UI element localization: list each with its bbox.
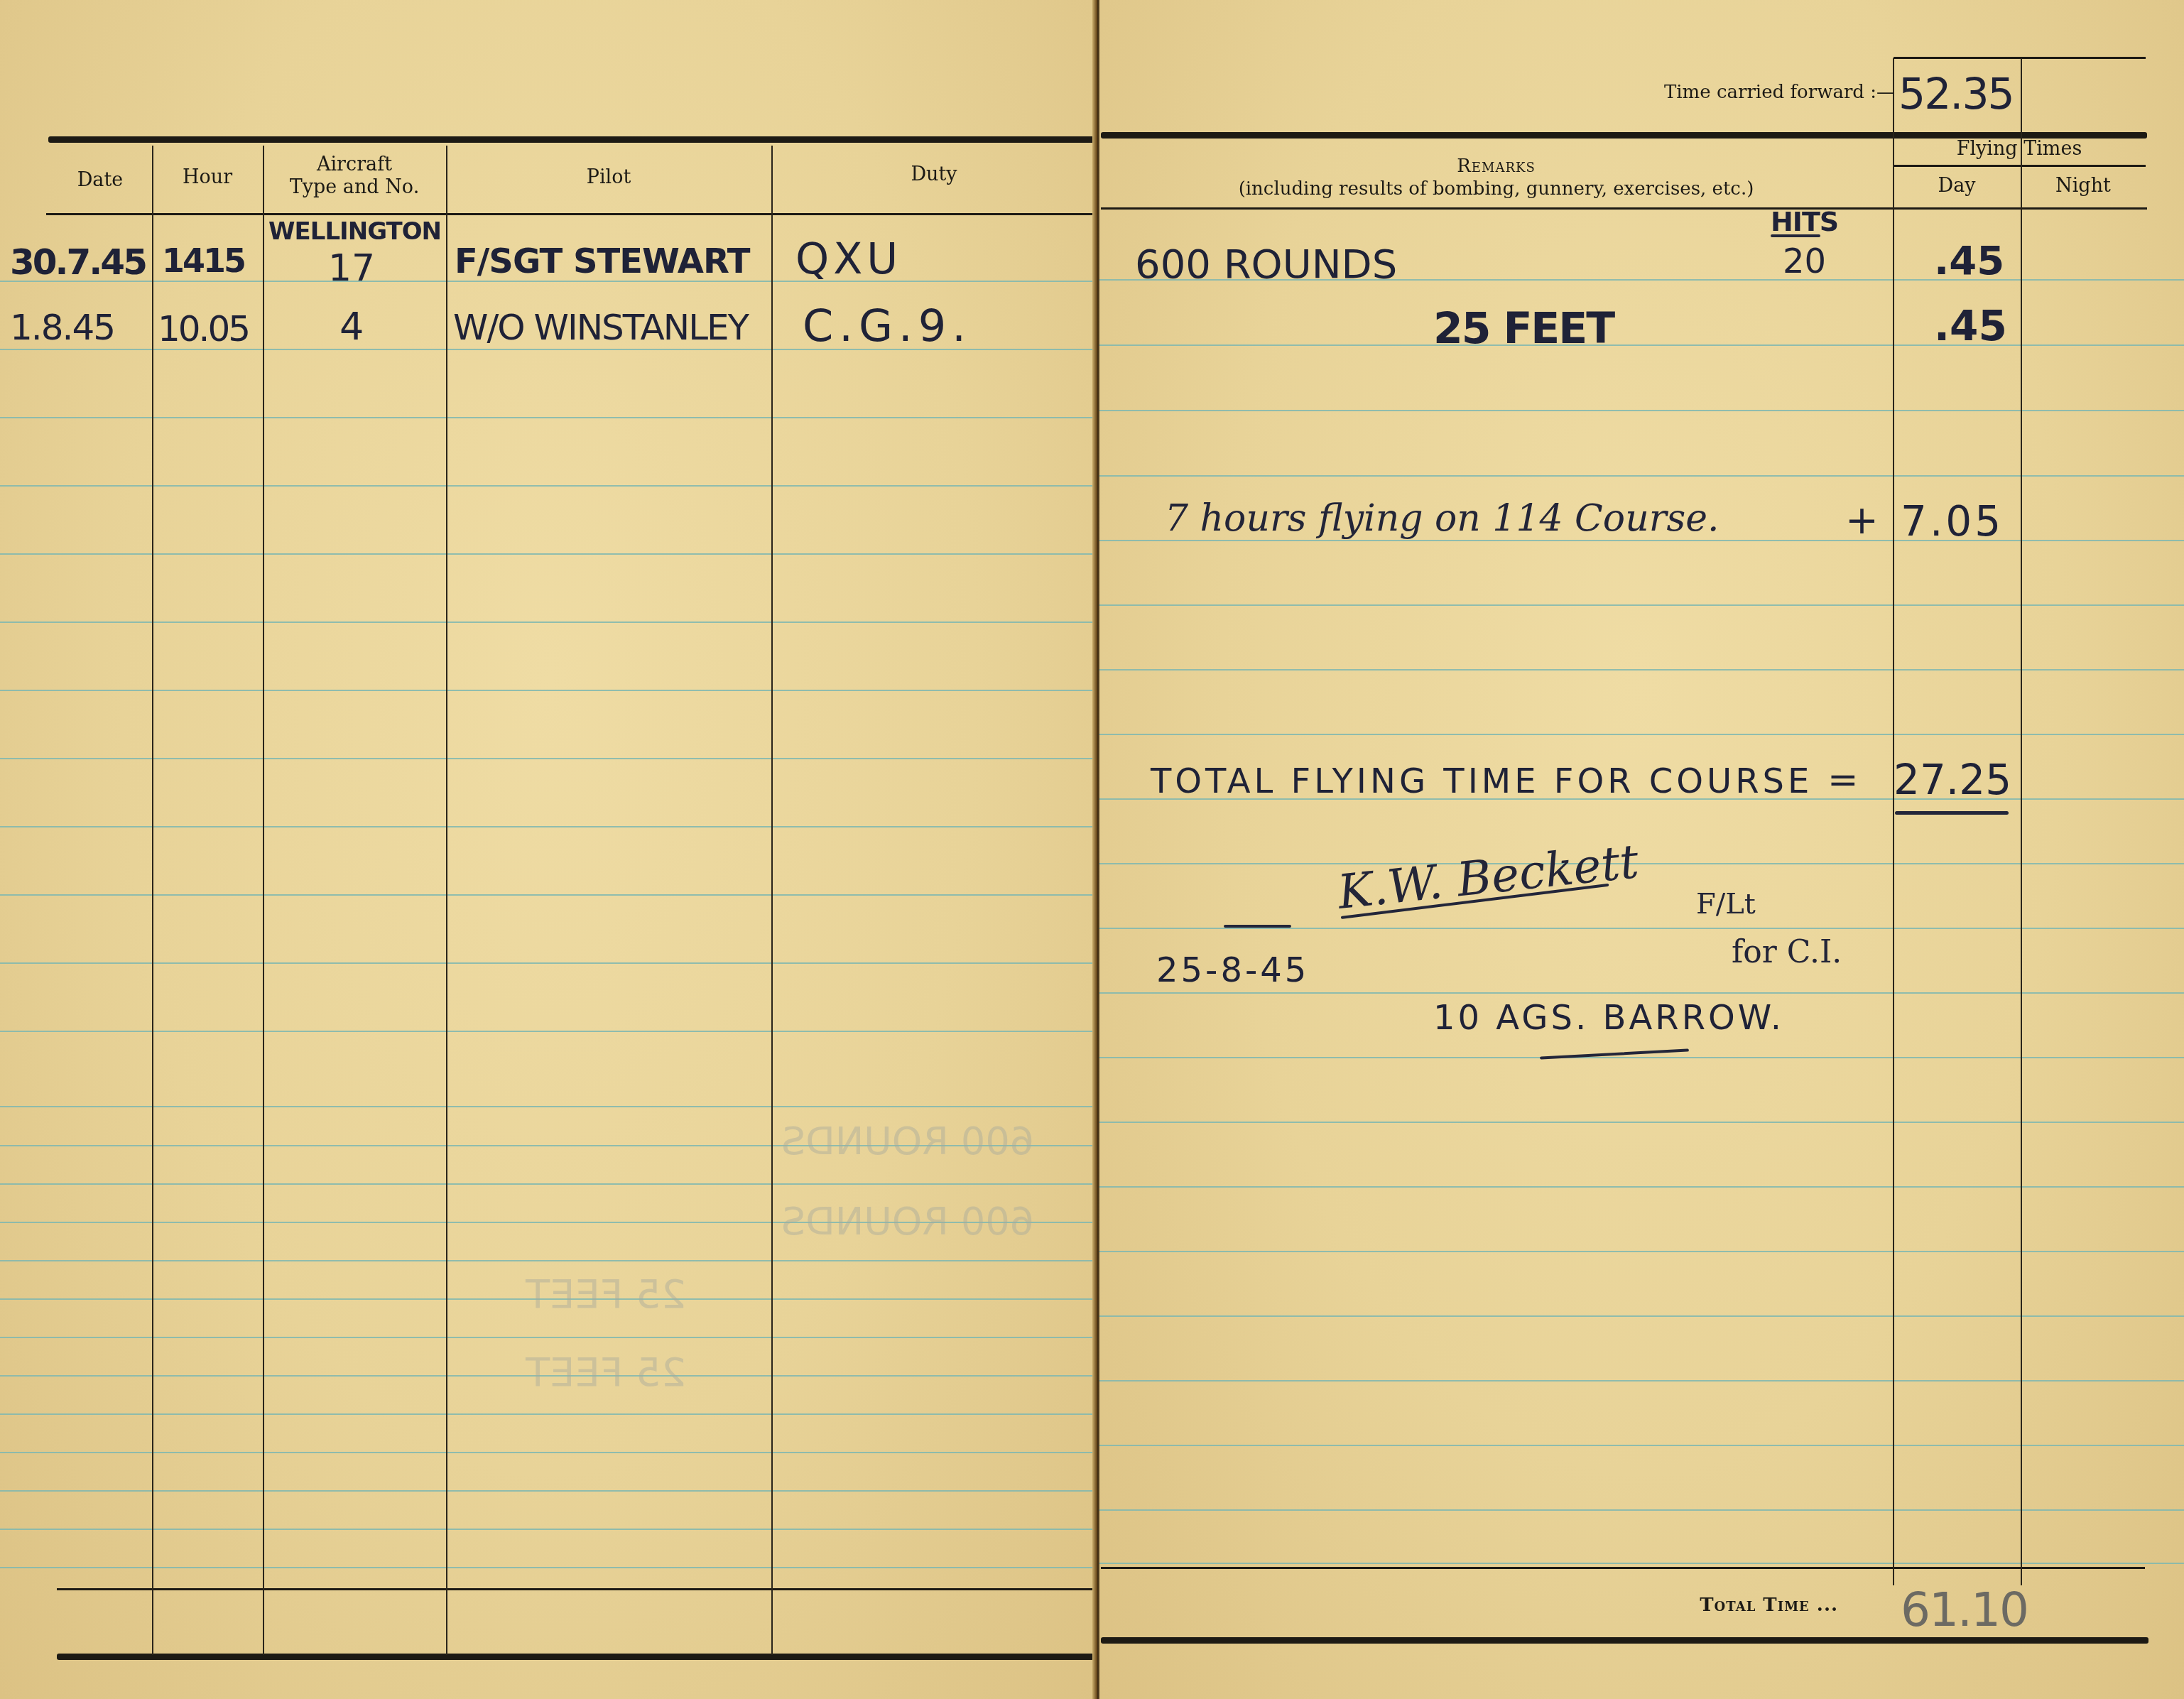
ruling-line [0, 417, 1097, 418]
entry-pilot: F/SGT STEWART [455, 241, 749, 281]
course-note-plus: + [1845, 497, 1879, 543]
footer-bottom-rule [1101, 1637, 2148, 1644]
remarks-text: 25 FEET [1433, 304, 1614, 354]
total-time-dots: ... [1817, 1595, 1838, 1616]
ruling-line [0, 1490, 1097, 1492]
total-course-equals: = [1827, 759, 1859, 801]
carried-forward-top-rule [1894, 57, 2146, 59]
column-header-hour: Hour [152, 166, 263, 189]
ruling-line [0, 621, 1097, 623]
right-page: Time carried forward :— 52.35 Remarks (i… [1099, 0, 2184, 1699]
ruling-line [0, 962, 1097, 964]
sign-date: 25-8-45 [1156, 950, 1309, 990]
hits-underline [1771, 234, 1820, 237]
ruling-line [0, 894, 1097, 896]
remarks-subheader: (including results of bombing, gunnery, … [1099, 178, 1893, 200]
column-divider [152, 146, 153, 1655]
ruling-line [0, 1452, 1097, 1453]
night-header: Night [2021, 175, 2146, 197]
total-course-value: 27.25 [1894, 756, 2011, 804]
aircraft-type-note: WELLINGTON [268, 217, 441, 246]
column-header-duty: Duty [771, 163, 1097, 186]
entry-duty: QXU [795, 234, 902, 284]
remarks-text: 600 ROUNDS [1135, 241, 1397, 288]
flying-times-header: Flying Times [1893, 138, 2146, 161]
total-course-label: TOTAL FLYING TIME FOR COURSE [1151, 761, 1813, 801]
bleed-through-text: 25 FEET [526, 1271, 686, 1318]
ruling-line [0, 1337, 1097, 1338]
entry-aircraft-no: 4 [339, 304, 364, 349]
course-note-value: 7.05 [1901, 497, 2004, 545]
bleed-through-text: 600 ROUNDS [781, 1199, 1034, 1244]
ruling-line [0, 1413, 1097, 1415]
column-divider [771, 146, 773, 1655]
column-divider [446, 146, 447, 1655]
day-time-value: .45 [1934, 238, 2004, 284]
day-night-divider [2021, 58, 2022, 1585]
ruling-line [0, 826, 1097, 827]
signature-for: for C.I. [1732, 934, 1842, 970]
column-header-date: Date [48, 169, 152, 192]
unit-name: 10 AGS. BARROW. [1433, 998, 1784, 1038]
day-column-left-divider [1893, 58, 1894, 1585]
column-header-aircraft: Aircraft Type and No. [263, 153, 446, 199]
signature-dash [1224, 925, 1291, 928]
ruling-line [0, 1106, 1097, 1107]
hits-label: HITS [1771, 206, 1838, 237]
day-header: Day [1893, 175, 2021, 197]
entry-pilot: W/O WINSTANLEY [453, 307, 748, 348]
total-time-value: 61.10 [1901, 1583, 2028, 1637]
total-course-underline [1895, 811, 2009, 815]
signature-rank: F/Lt [1696, 888, 1756, 921]
flying-times-divider [1894, 165, 2146, 167]
column-divider [263, 146, 264, 1655]
entry-date: 30.7.45 [10, 241, 146, 283]
ruling-line [0, 485, 1097, 487]
ruling-line [0, 1260, 1097, 1261]
bleed-through-text: 25 FEET [526, 1350, 686, 1396]
entry-duty: C.G.9. [803, 300, 972, 352]
ruling-line [0, 1567, 1097, 1568]
remarks-header: Remarks [1099, 155, 1893, 178]
time-carried-forward-label: Time carried forward :— [1412, 81, 1895, 104]
entry-hour: 10.05 [158, 308, 249, 349]
left-page: Date Hour Aircraft Type and No. Pilot Du… [0, 0, 1097, 1699]
footer-top-rule [57, 1588, 1094, 1590]
ruling-line [0, 553, 1097, 555]
ruling-line [0, 1031, 1097, 1032]
header-bottom-rule [46, 213, 1096, 215]
course-note: 7 hours flying on 114 Course. [1165, 497, 1720, 540]
entry-date: 1.8.45 [10, 307, 114, 348]
ruling-line [0, 1183, 1097, 1185]
total-time-label: Total Time ... [1455, 1594, 1838, 1617]
ruling-line [0, 690, 1097, 691]
entry-aircraft-no: 17 [328, 247, 375, 290]
footer-bottom-rule [57, 1654, 1094, 1660]
time-carried-forward-value: 52.35 [1898, 70, 2014, 119]
bleed-through-text: 600 ROUNDS [781, 1119, 1034, 1163]
entry-hour: 1415 [162, 241, 244, 280]
day-time-value: .45 [1934, 302, 2007, 350]
signature: K.W. Beckett [1335, 834, 1641, 920]
aircraft-header-line1: Aircraft [263, 153, 446, 176]
hits-value: 20 [1783, 241, 1826, 281]
ruling-line [0, 758, 1097, 759]
footer-top-rule [1101, 1567, 2145, 1569]
header-top-rule [48, 136, 1096, 143]
ruling-line [0, 1529, 1097, 1530]
total-time-text: Total Time [1700, 1595, 1810, 1616]
column-header-pilot: Pilot [446, 166, 771, 189]
header-bottom-rule [1101, 207, 2147, 210]
aircraft-header-line2: Type and No. [263, 176, 446, 199]
